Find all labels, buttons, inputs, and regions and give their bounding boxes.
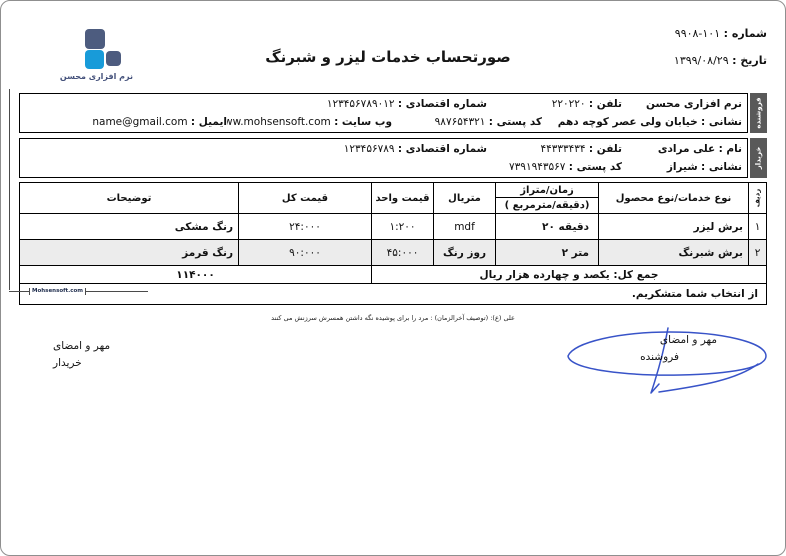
company-logo: نرم افزاری محسن (19, 21, 159, 87)
seller-economic-label: شماره اقتصادی : (398, 98, 487, 110)
grand-total-row: جمع کل: یکصد و چهارده هزار ریال ۱۱۴۰۰۰ (20, 265, 766, 283)
seller-signature-line1: مهر و امضای (660, 334, 717, 346)
left-crop-mark (9, 89, 10, 290)
buyer-row-2: نشانی : شیراز کد پستی : ۷۳۹۱۹۴۳۵۶۷ (25, 158, 742, 176)
buyer-postal-value: ۷۳۹۱۹۴۳۵۶۷ (509, 161, 565, 173)
row-amount: ۲۰ دقیقه (495, 214, 598, 239)
seller-name: نرم افزاری محسن (622, 98, 742, 110)
footer-quote: علی (ع): (توصیف آخرالزمان) : مرد را برای… (1, 314, 785, 322)
buyer-tab: خریدار (750, 138, 767, 178)
row-material: روز رنگ (433, 240, 495, 265)
invoice-number: شماره : ۹۹۰۸-۱۰۱ (617, 27, 767, 40)
invoice-date: تاریخ : ۱۳۹۹/۰۸/۲۹ (617, 54, 767, 67)
seller-email-label: ایمیل : (191, 116, 227, 128)
buyer-address: نشانی : شیراز (622, 161, 742, 173)
header-unit-price: قیمت واحد (371, 183, 433, 213)
buyer-section: خریدار نام : علی مرادی تلفن : ۴۴۳۳۳۴۳۴ ش… (19, 138, 767, 178)
seller-postal-code: کد پستی : ۹۸۷۶۵۴۳۲۱ (392, 116, 542, 128)
title-area: صورتحساب خدمات لیزر و شبرنگ (159, 21, 617, 87)
invoice-page: شماره : ۹۹۰۸-۱۰۱ تاریخ : ۱۳۹۹/۰۸/۲۹ صورت… (0, 0, 786, 556)
row-service: برش لیزر (598, 214, 748, 239)
row-service: برش شبرنگ (598, 240, 748, 265)
logo-squares-icon (85, 29, 149, 69)
seller-address: نشانی : خیابان ولی عصر کوچه دهم (542, 116, 742, 128)
header-total-price: قیمت کل (238, 183, 371, 213)
buyer-signature-line2: خریدار (53, 355, 173, 372)
seller-economic-value: ۱۲۳۴۵۶۷۸۹۰۱۲ (327, 98, 395, 110)
buyer-address-value: شیراز (667, 161, 698, 173)
header-notes: توضیحات (20, 183, 238, 213)
header-time-metraj: زمان/متراژ (دقیقه/مترمربع ) (495, 183, 598, 213)
row-total-price: ۲۴:۰۰۰ (238, 214, 371, 239)
seller-phone: تلفن : ۲۲۰۲۲۰ (487, 98, 622, 110)
table-row: ۲ برش شبرنگ ۲ متر روز رنگ ۴۵:۰۰۰ ۹۰:۰۰۰ … (20, 239, 766, 265)
seller-signature-line2: فروشنده (640, 351, 679, 363)
buyer-signature-area: مهر و امضای خریدار (53, 338, 173, 396)
page-title: صورتحساب خدمات لیزر و شبرنگ (265, 48, 511, 66)
watermark-line (86, 291, 148, 292)
row-total-price: ۹۰:۰۰۰ (238, 240, 371, 265)
buyer-name-value: علی مرادی (658, 143, 715, 155)
table-header-row: ردیف نوع خدمات/نوع محصول زمان/متراژ (دقی… (20, 183, 766, 213)
buyer-tab-label: خریدار (754, 147, 762, 170)
buyer-phone-value: ۴۴۳۳۳۴۳۴ (540, 143, 585, 155)
logo-square-dark-top (85, 29, 105, 49)
seller-address-label: نشانی : (701, 116, 742, 128)
logo-square-blue (85, 50, 104, 69)
buyer-economic-number: شماره اقتصادی : ۱۲۳۴۵۶۷۸۹ (25, 143, 487, 155)
seller-website: وب سایت : www.mohsensoft.com (227, 116, 392, 128)
invoice-number-label: شماره : (724, 27, 767, 40)
row-amount: ۲ متر (495, 240, 598, 265)
seller-tab-label: فروشنده (755, 97, 763, 128)
row-number: ۲ (748, 240, 766, 265)
header-material: متریال (433, 183, 495, 213)
seller-postal-label: کد پستی : (489, 116, 542, 128)
buyer-name-label: نام : (719, 143, 742, 155)
watermark-line (9, 291, 29, 292)
buyer-economic-label: شماره اقتصادی : (398, 143, 487, 155)
logo-caption: نرم افزاری محسن (60, 72, 159, 81)
row-notes: رنگ قرمز (20, 240, 238, 265)
buyer-name: نام : علی مرادی (622, 143, 742, 155)
seller-email: ایمیل : name@gmail.com (25, 116, 227, 128)
row-number: ۱ (748, 214, 766, 239)
header-row-number: ردیف (748, 183, 766, 213)
row-notes: رنگ مشکی (20, 214, 238, 239)
seller-phone-value: ۲۲۰۲۲۰ (552, 98, 586, 110)
buyer-economic-value: ۱۲۳۴۵۶۷۸۹ (344, 143, 395, 155)
buyer-phone: تلفن : ۴۴۳۳۳۴۳۴ (487, 143, 622, 155)
seller-row-2: نشانی : خیابان ولی عصر کوچه دهم کد پستی … (25, 113, 742, 131)
seller-email-value: name@gmail.com (92, 116, 187, 128)
grand-total-value: ۱۱۴۰۰۰ (20, 266, 371, 283)
seller-phone-label: تلفن : (589, 98, 622, 110)
invoice-number-value: ۹۹۰۸-۱۰۱ (675, 27, 720, 40)
invoice-date-label: تاریخ : (732, 54, 767, 67)
software-watermark: Mohsensoft.com (9, 287, 148, 295)
buyer-postal-label: کد پستی : (569, 161, 622, 173)
buyer-box: نام : علی مرادی تلفن : ۴۴۳۳۳۴۳۴ شماره اق… (19, 138, 748, 178)
seller-box: نرم افزاری محسن تلفن : ۲۲۰۲۲۰ شماره اقتص… (19, 93, 748, 133)
seller-section: فروشنده نرم افزاری محسن تلفن : ۲۲۰۲۲۰ شم… (19, 93, 767, 133)
invoice-meta: شماره : ۹۹۰۸-۱۰۱ تاریخ : ۱۳۹۹/۰۸/۲۹ (617, 21, 767, 87)
seller-row-1: نرم افزاری محسن تلفن : ۲۲۰۲۲۰ شماره اقتص… (25, 95, 742, 113)
table-row: ۱ برش لیزر ۲۰ دقیقه mdf ۱:۲۰۰ ۲۴:۰۰۰ رنگ… (20, 213, 766, 239)
invoice-header: شماره : ۹۹۰۸-۱۰۱ تاریخ : ۱۳۹۹/۰۸/۲۹ صورت… (19, 21, 767, 87)
row-unit-price: ۱:۲۰۰ (371, 214, 433, 239)
header-time-line1: زمان/متراژ (496, 183, 598, 198)
grand-total-label: جمع کل: یکصد و چهارده هزار ریال (371, 266, 766, 283)
seller-economic-number: شماره اقتصادی : ۱۲۳۴۵۶۷۸۹۰۱۲ (25, 98, 487, 110)
header-row-number-label: ردیف (754, 189, 762, 208)
watermark-text: Mohsensoft.com (30, 288, 85, 294)
buyer-postal-code: کد پستی : ۷۳۹۱۹۴۳۵۶۷ (25, 161, 622, 173)
row-unit-price: ۴۵:۰۰۰ (371, 240, 433, 265)
seller-signature-area: مهر و امضای فروشنده (560, 326, 775, 396)
seller-address-value: خیابان ولی عصر کوچه دهم (558, 116, 698, 128)
buyer-signature-line1: مهر و امضای (53, 338, 173, 355)
invoice-date-value: ۱۳۹۹/۰۸/۲۹ (674, 54, 729, 67)
seller-tab: فروشنده (750, 93, 767, 133)
seller-website-label: وب سایت : (334, 116, 392, 128)
buyer-phone-label: تلفن : (589, 143, 622, 155)
signature-section: مهر و امضای فروشنده مهر و امضای خریدار (53, 326, 775, 396)
row-material: mdf (433, 214, 495, 239)
seller-postal-value: ۹۸۷۶۵۴۳۲۱ (435, 116, 486, 128)
seller-website-value: www.mohsensoft.com (227, 116, 331, 128)
logo-square-dark-right (106, 51, 121, 66)
buyer-address-label: نشانی : (701, 161, 742, 173)
header-time-line2: (دقیقه/مترمربع ) (496, 198, 598, 213)
buyer-row-1: نام : علی مرادی تلفن : ۴۴۳۳۳۴۳۴ شماره اق… (25, 140, 742, 158)
header-service-type: نوع خدمات/نوع محصول (598, 183, 748, 213)
